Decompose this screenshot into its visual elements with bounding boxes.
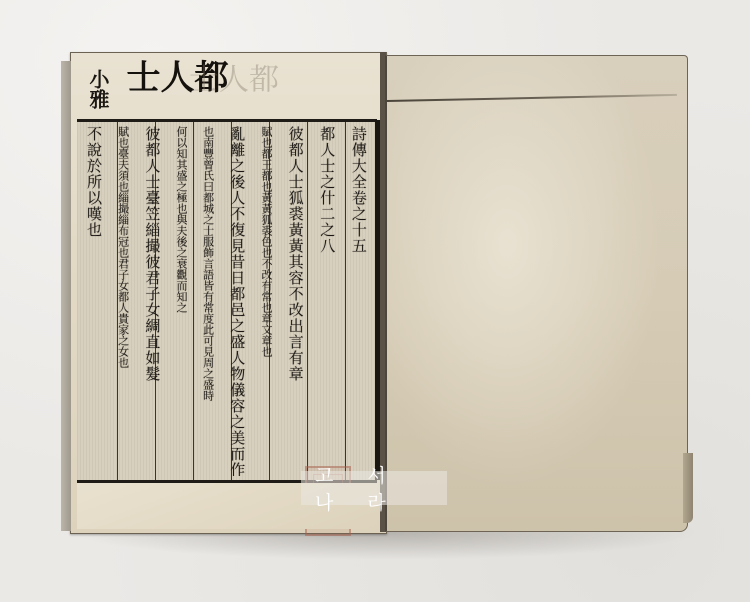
- label-small-text: 小雅: [87, 69, 109, 109]
- commentary-column: 也南豐曾氏曰都城之士服飾言語皆有常度此可見周之盛時: [202, 126, 214, 476]
- text-column: 彼都人士狐裘黃黃其容不改出言有章: [287, 126, 304, 476]
- commentary-column: 賦也都王都也黃黃狐裘色也不改有常也章文章也: [260, 126, 272, 476]
- header-column: 詩傳大全卷之十五: [350, 126, 367, 476]
- text-columns: 詩傳大全卷之十五 都人士之什二之八 彼都人士狐裘黃黃其容不改出言有章 賦也都王都…: [85, 126, 367, 476]
- frayed-corner: [683, 453, 693, 523]
- handwritten-title-label: 小雅 都人士 都人士: [85, 59, 375, 115]
- text-column: 不說於所以嘆也: [85, 126, 102, 476]
- chapter-column: 都人士之什二之八: [318, 126, 335, 476]
- left-page-edge: [61, 61, 71, 531]
- commentary-column: 賦也臺夫須也緇撮緇布冠也君子女都人貴家之女也: [117, 126, 129, 476]
- label-ghost-text: 都人士: [185, 63, 275, 115]
- printed-text-block: 詩傳大全卷之十五 都人士之什二之八 彼都人士狐裘黃黃其容不改出言有章 賦也都王都…: [77, 119, 377, 483]
- watermark: 고 서 나 라: [301, 471, 447, 505]
- commentary-column: 何以知其盛之極也與夫後之衰觀而知之: [175, 126, 187, 476]
- text-column: 彼都人士臺笠緇撮彼君子女綢直如髮: [143, 126, 160, 476]
- watermark-text: 고 서 나 라: [301, 461, 447, 515]
- text-column: 亂離之後人不復見昔日都邑之盛人物儀容之美而作此詩以歎惜之也: [228, 126, 245, 476]
- page-crease: [387, 94, 677, 102]
